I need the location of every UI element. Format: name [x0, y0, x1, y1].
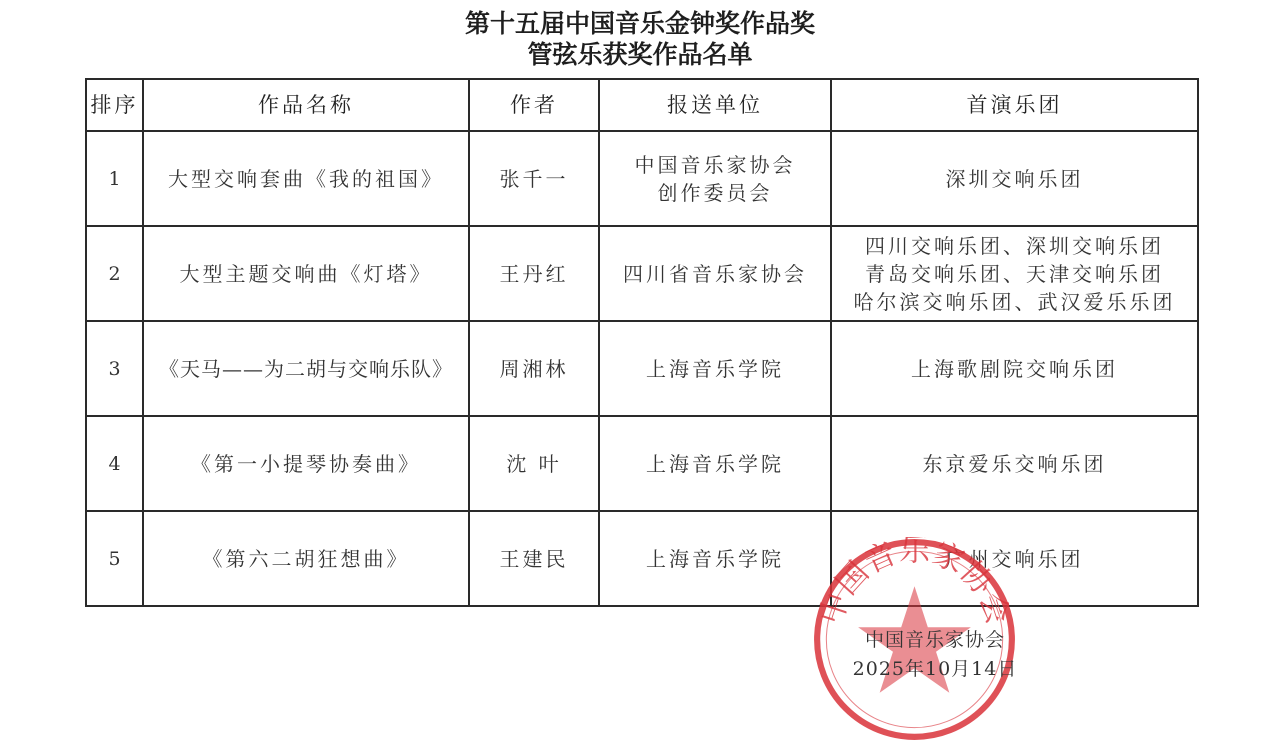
- orchestra-line: 哈尔滨交响乐团、武汉爱乐乐团: [832, 288, 1197, 316]
- unit-line: 中国音乐家协会: [600, 151, 830, 179]
- header-orchestra: 首演乐团: [831, 79, 1198, 131]
- table-row: 3 《天马——为二胡与交响乐队》 周湘林 上海音乐学院 上海歌剧院交响乐团: [86, 321, 1198, 416]
- rank-cell: 3: [86, 321, 143, 416]
- unit-cell: 上海音乐学院: [599, 511, 831, 606]
- author-cell: 周湘林: [469, 321, 599, 416]
- rank-cell: 1: [86, 131, 143, 226]
- unit-line: 四川省音乐家协会: [600, 260, 830, 288]
- signing-organization: 中国音乐家协会: [835, 625, 1035, 652]
- orchestra-cell: 深圳交响乐团: [831, 131, 1198, 226]
- table-row: 4 《第一小提琴协奏曲》 沈 叶 上海音乐学院 东京爱乐交响乐团: [86, 416, 1198, 511]
- unit-cell: 中国音乐家协会 创作委员会: [599, 131, 831, 226]
- work-cell: 大型主题交响曲《灯塔》: [143, 226, 469, 321]
- signing-date: 2025年10月14日: [835, 654, 1035, 681]
- orchestra-line: 青岛交响乐团、天津交响乐团: [832, 260, 1197, 288]
- orchestra-cell: 四川交响乐团、深圳交响乐团 青岛交响乐团、天津交响乐团 哈尔滨交响乐团、武汉爱乐…: [831, 226, 1198, 321]
- table-row: 2 大型主题交响曲《灯塔》 王丹红 四川省音乐家协会 四川交响乐团、深圳交响乐团…: [86, 226, 1198, 321]
- table-header-row: 排序 作品名称 作者 报送单位 首演乐团: [86, 79, 1198, 131]
- header-work: 作品名称: [143, 79, 469, 131]
- table-row: 1 大型交响套曲《我的祖国》 张千一 中国音乐家协会 创作委员会 深圳交响乐团: [86, 131, 1198, 226]
- award-table: 排序 作品名称 作者 报送单位 首演乐团 1 大型交响套曲《我的祖国》 张千一 …: [85, 78, 1199, 607]
- orchestra-line: 四川交响乐团、深圳交响乐团: [832, 232, 1197, 260]
- table-row: 5 《第六二胡狂想曲》 王建民 上海音乐学院 广州交响乐团: [86, 511, 1198, 606]
- work-cell: 大型交响套曲《我的祖国》: [143, 131, 469, 226]
- unit-cell: 上海音乐学院: [599, 321, 831, 416]
- orchestra-line: 上海歌剧院交响乐团: [832, 355, 1197, 383]
- unit-line: 上海音乐学院: [600, 355, 830, 383]
- work-cell: 《第一小提琴协奏曲》: [143, 416, 469, 511]
- orchestra-line: 深圳交响乐团: [832, 165, 1197, 193]
- rank-cell: 4: [86, 416, 143, 511]
- unit-line: 上海音乐学院: [600, 450, 830, 478]
- work-cell: 《第六二胡狂想曲》: [143, 511, 469, 606]
- unit-cell: 四川省音乐家协会: [599, 226, 831, 321]
- document-subtitle: 管弦乐获奖作品名单: [0, 35, 1280, 71]
- author-cell: 王建民: [469, 511, 599, 606]
- unit-cell: 上海音乐学院: [599, 416, 831, 511]
- author-cell: 张千一: [469, 131, 599, 226]
- author-cell: 王丹红: [469, 226, 599, 321]
- unit-line: 上海音乐学院: [600, 545, 830, 573]
- author-cell: 沈 叶: [469, 416, 599, 511]
- header-unit: 报送单位: [599, 79, 831, 131]
- header-rank: 排序: [86, 79, 143, 131]
- orchestra-cell: 上海歌剧院交响乐团: [831, 321, 1198, 416]
- header-author: 作者: [469, 79, 599, 131]
- work-cell: 《天马——为二胡与交响乐队》: [143, 321, 469, 416]
- unit-line: 创作委员会: [600, 179, 830, 207]
- rank-cell: 5: [86, 511, 143, 606]
- rank-cell: 2: [86, 226, 143, 321]
- orchestra-cell: 东京爱乐交响乐团: [831, 416, 1198, 511]
- orchestra-line: 东京爱乐交响乐团: [832, 450, 1197, 478]
